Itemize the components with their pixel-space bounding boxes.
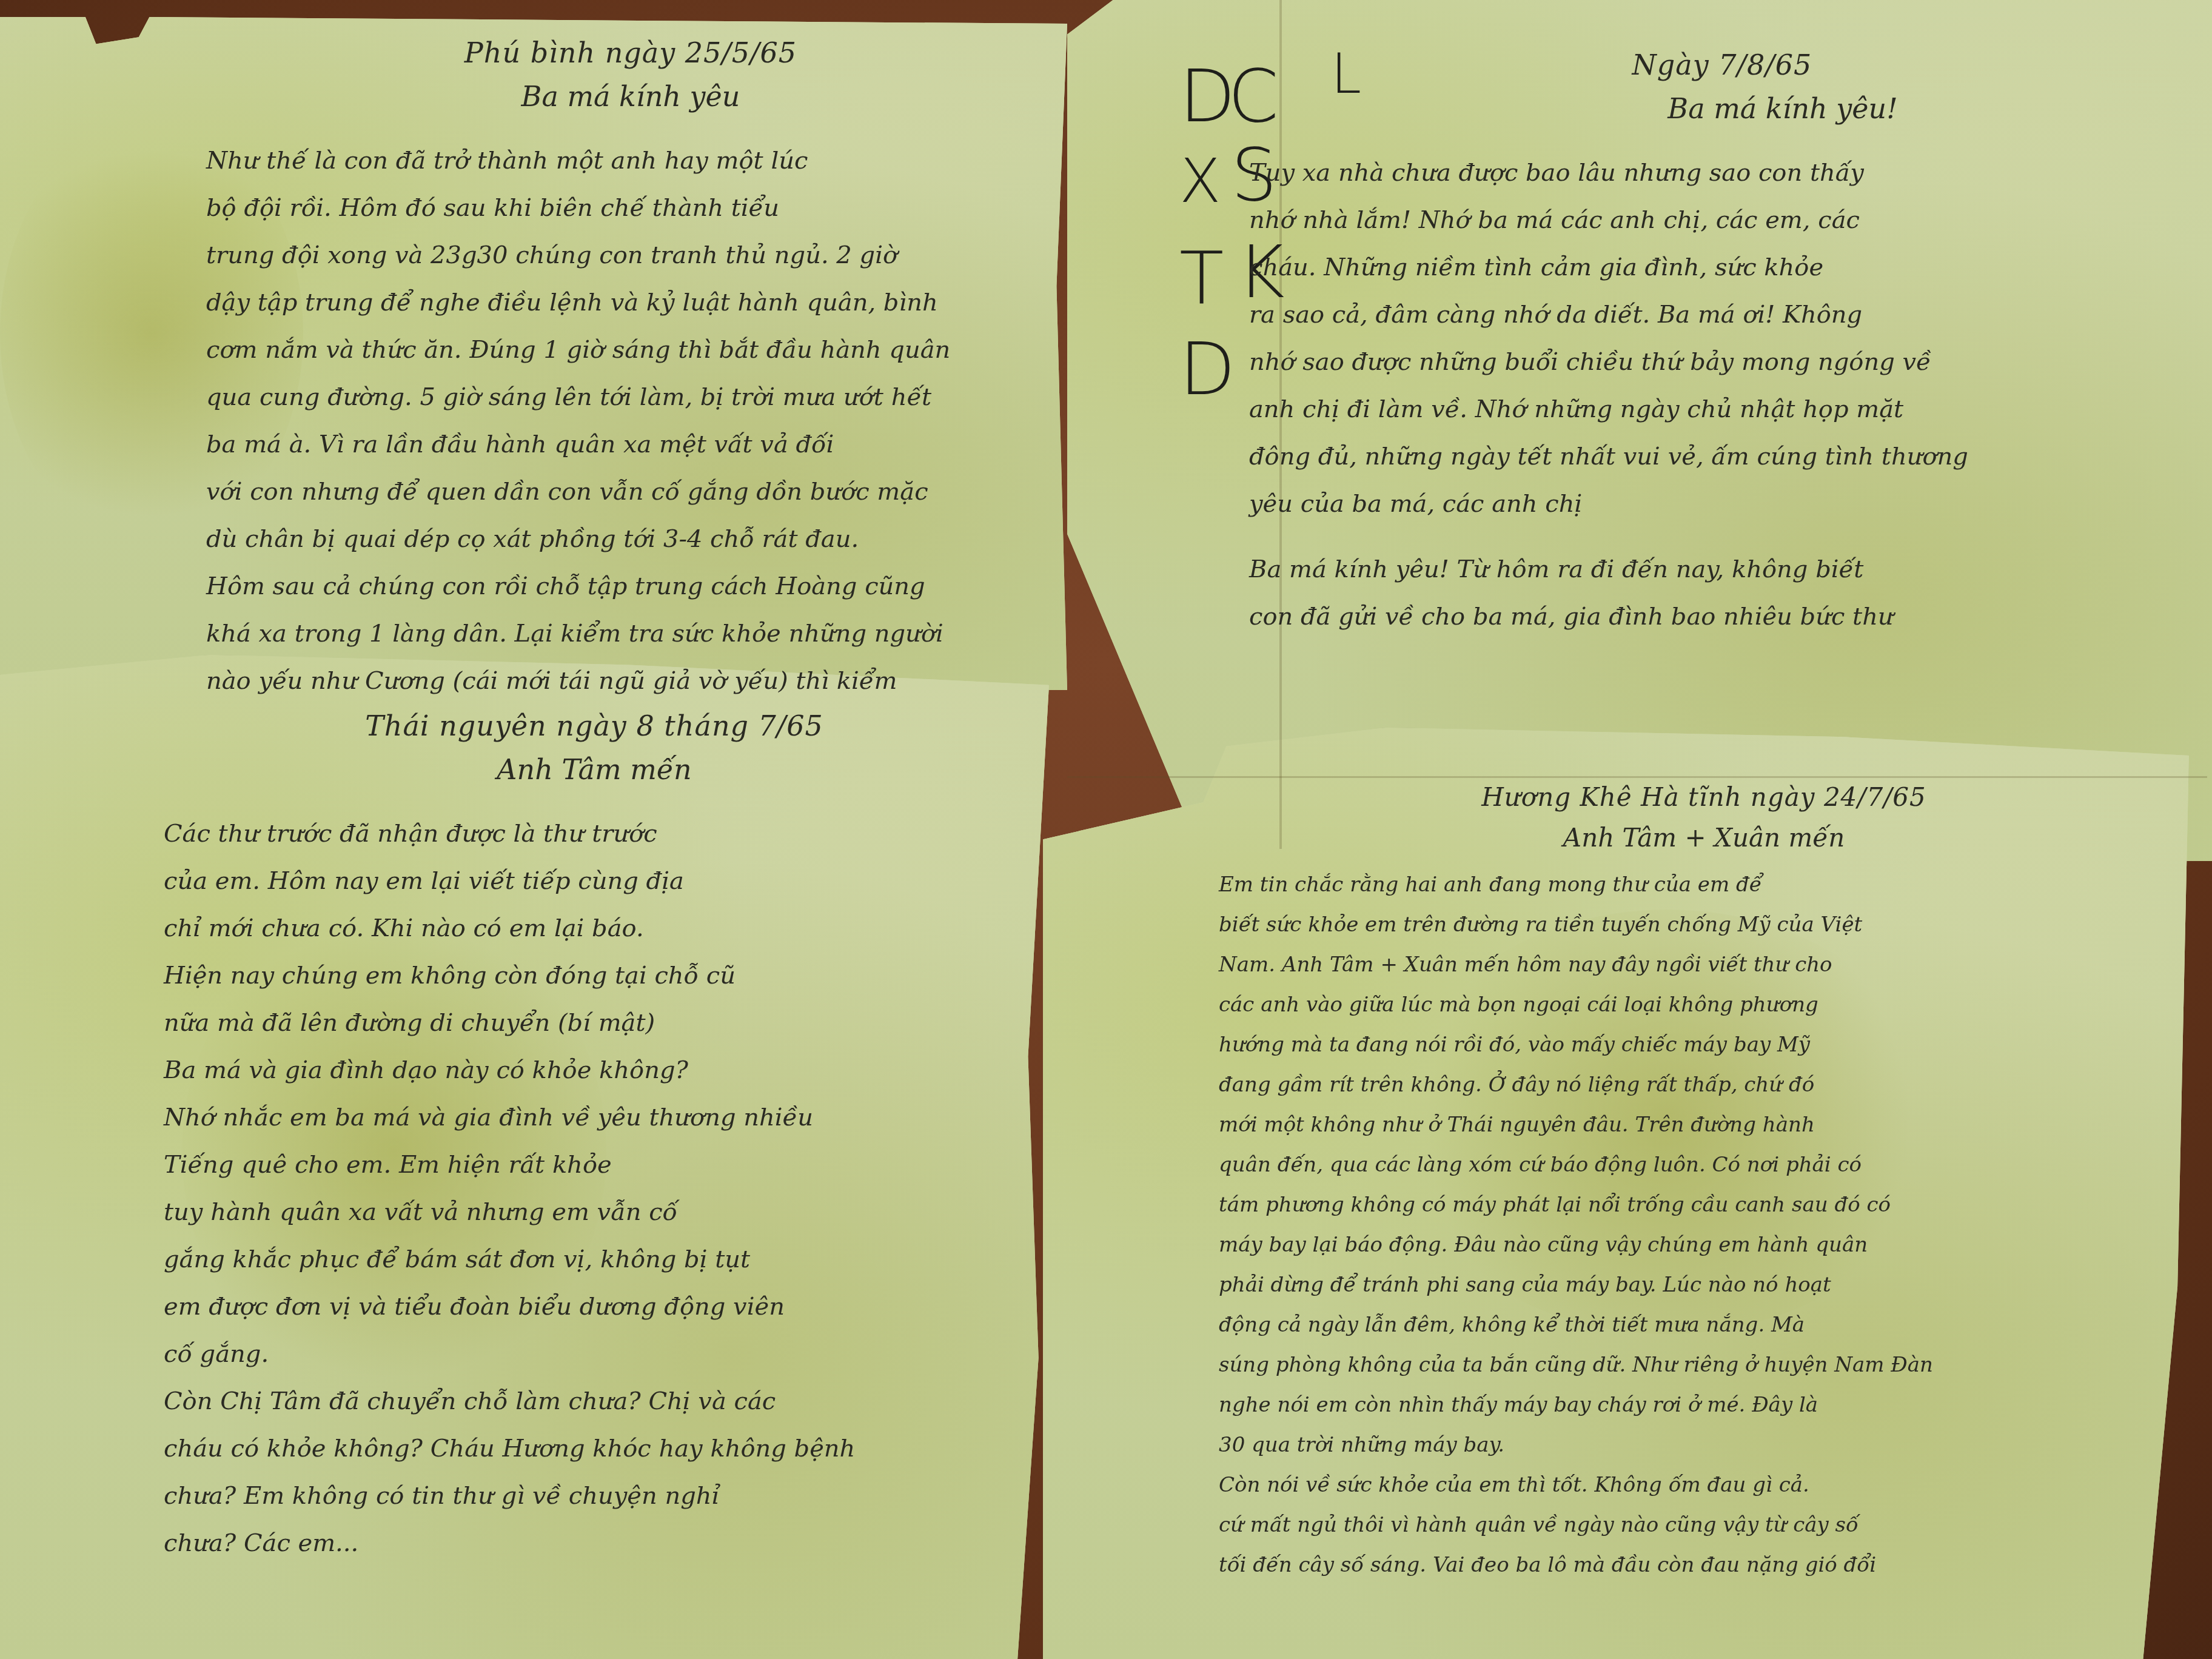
letter-line: dù chân bị quai dép cọ xát phồng tới 3-4… (206, 515, 1055, 563)
letter-2: Thái nguyên ngày 8 tháng 7/65 Anh Tâm mế… (164, 709, 1025, 1567)
letter-salutation: Anh Tâm + Xuân mến (1219, 823, 2189, 853)
letter-line: Nam. Anh Tâm + Xuân mến hôm nay đây ngồi… (1219, 945, 2189, 985)
letter-line: chưa? Em không có tin thư gì về chuyện n… (164, 1472, 1025, 1520)
letter-line: trung đội xong và 23g30 chúng con tranh … (206, 232, 1055, 279)
letter-line: gắng khắc phục để bám sát đơn vị, không … (164, 1236, 1025, 1283)
letter-line: nhớ sao được những buổi chiều thứ bảy mo… (1249, 338, 2195, 386)
letter-line: cứ mất ngủ thôi vì hành quân về ngày nào… (1219, 1505, 2189, 1545)
letter-line: chỉ mới chưa có. Khi nào có em lại báo. (164, 905, 1025, 952)
letter-line: động cả ngày lẫn đêm, không kể thời tiết… (1219, 1305, 2189, 1345)
letter-line: Còn Chị Tâm đã chuyển chỗ làm chưa? Chị … (164, 1378, 1025, 1425)
letter-line: Em tin chắc rằng hai anh đang mong thư c… (1219, 865, 2189, 905)
letter-line: với con nhưng để quen dần con vẫn cố gắn… (206, 468, 1055, 515)
letter-line: các anh vào giữa lúc mà bọn ngoại cái lo… (1219, 985, 2189, 1025)
letter-line: máy bay lại báo động. Đâu nào cũng vậy c… (1219, 1225, 2189, 1265)
letter-line: Hiện nay chúng em không còn đóng tại chỗ… (164, 952, 1025, 999)
letter-line: cơm nắm và thức ăn. Đúng 1 giờ sáng thì … (206, 326, 1055, 374)
letter-line: tuy hành quân xa vất vả nhưng em vẫn cố (164, 1188, 1025, 1236)
letter-line: phải dừng để tránh phi sang của máy bay.… (1219, 1265, 2189, 1305)
letter-line: Các thư trước đã nhận được là thư trước (164, 810, 1025, 857)
letter-line: biết sức khỏe em trên đường ra tiền tuyế… (1219, 905, 2189, 945)
letter-line: ba má à. Vì ra lần đầu hành quân xa mệt … (206, 421, 1055, 468)
margin-mark: D (1179, 327, 1235, 412)
letter-line: nào yếu như Cương (cái mới tái ngũ giả v… (206, 657, 1055, 705)
letter-place-date: Phú bình ngày 25/5/65 (206, 36, 1055, 69)
letter-line: tám phương không có máy phát lại nổi trố… (1219, 1185, 2189, 1225)
letter-salutation: Ba má kính yêu (206, 80, 1055, 113)
letter-line: nữa mà đã lên đường di chuyển (bí mật) (164, 999, 1025, 1047)
letter-place-date: Hương Khê Hà tĩnh ngày 24/7/65 (1219, 782, 2189, 812)
letter-line: cố gắng. (164, 1330, 1025, 1378)
paper-fold (1067, 776, 2207, 778)
letter-line: cháu. Những niềm tình cảm gia đình, sức … (1249, 244, 2195, 291)
letter-line: bộ đội rồi. Hôm đó sau khi biên chế thàn… (206, 184, 1055, 232)
letter-line: tối đến cây số sáng. Vai đeo ba lô mà đầ… (1219, 1545, 2189, 1585)
letter-4: Hương Khê Hà tĩnh ngày 24/7/65 Anh Tâm +… (1219, 782, 2189, 1585)
margin-mark: T (1179, 236, 1224, 321)
letter-line: anh chị đi làm về. Nhớ những ngày chủ nh… (1249, 386, 2195, 433)
letter-line: hướng mà ta đang nói rồi đó, vào mấy chi… (1219, 1025, 2189, 1065)
letter-salutation: Anh Tâm mến (164, 753, 1025, 786)
letter-line: Ba má kính yêu! Từ hôm ra đi đến nay, kh… (1249, 546, 2195, 593)
letter-line: chưa? Các em... (164, 1520, 1025, 1567)
letter-line: Tuy xa nhà chưa được bao lâu nhưng sao c… (1249, 149, 2195, 196)
margin-mark: X (1179, 146, 1221, 216)
letter-line: súng phòng không của ta bắn cũng dữ. Như… (1219, 1345, 2189, 1385)
letter-line: ra sao cả, đâm càng nhớ da diết. Ba má ơ… (1249, 291, 2195, 338)
letter-line: Tiếng quê cho em. Em hiện rất khỏe (164, 1141, 1025, 1188)
letter-line: Còn nói về sức khỏe của em thì tốt. Khôn… (1219, 1465, 2189, 1505)
letter-line: em được đơn vị và tiểu đoàn biểu dương đ… (164, 1283, 1025, 1330)
letter-line: con đã gửi về cho ba má, gia đình bao nh… (1249, 593, 2195, 640)
letter-1: Phú bình ngày 25/5/65 Ba má kính yêu Như… (206, 36, 1055, 705)
letter-line: cháu có khỏe không? Cháu Hương khóc hay … (164, 1425, 1025, 1472)
letter-line: khá xa trong 1 làng dân. Lại kiểm tra sứ… (206, 610, 1055, 657)
margin-mark: D (1179, 55, 1235, 139)
letter-line: dậy tập trung để nghe điều lệnh và kỷ lu… (206, 279, 1055, 326)
letter-line: qua cung đường. 5 giờ sáng lên tới làm, … (206, 374, 1055, 421)
letter-3: Ngày 7/8/65 Ba má kính yêu! Tuy xa nhà c… (1249, 49, 2195, 640)
letter-line: mới một không như ở Thái nguyên đâu. Trê… (1219, 1105, 2189, 1145)
letter-line: yêu của ba má, các anh chị (1249, 480, 2195, 528)
letter-line: nhớ nhà lắm! Nhớ ba má các anh chị, các … (1249, 196, 2195, 244)
letter-line: Như thế là con đã trở thành một anh hay … (206, 137, 1055, 184)
letter-line: Nhớ nhắc em ba má và gia đình về yêu thư… (164, 1094, 1025, 1141)
letter-salutation: Ba má kính yêu! (1370, 92, 2195, 125)
letter-line: Hôm sau cả chúng con rồi chỗ tập trung c… (206, 563, 1055, 610)
letter-line: của em. Hôm nay em lại viết tiếp cùng đị… (164, 857, 1025, 905)
letter-line: 30 qua trời những máy bay. (1219, 1425, 2189, 1465)
letter-line: đông đủ, những ngày tết nhất vui vẻ, ấm … (1249, 433, 2195, 480)
letter-place-date: Thái nguyên ngày 8 tháng 7/65 (164, 709, 1025, 742)
letter-line: đang gầm rít trên không. Ở đây nó liệng … (1219, 1065, 2189, 1105)
letter-line: quân đến, qua các làng xóm cứ báo động l… (1219, 1145, 2189, 1185)
letter-line: Ba má và gia đình dạo này có khỏe không? (164, 1047, 1025, 1094)
letter-line: nghe nói em còn nhìn thấy máy bay cháy r… (1219, 1385, 2189, 1425)
letter-place-date: Ngày 7/8/65 (1249, 49, 2195, 81)
